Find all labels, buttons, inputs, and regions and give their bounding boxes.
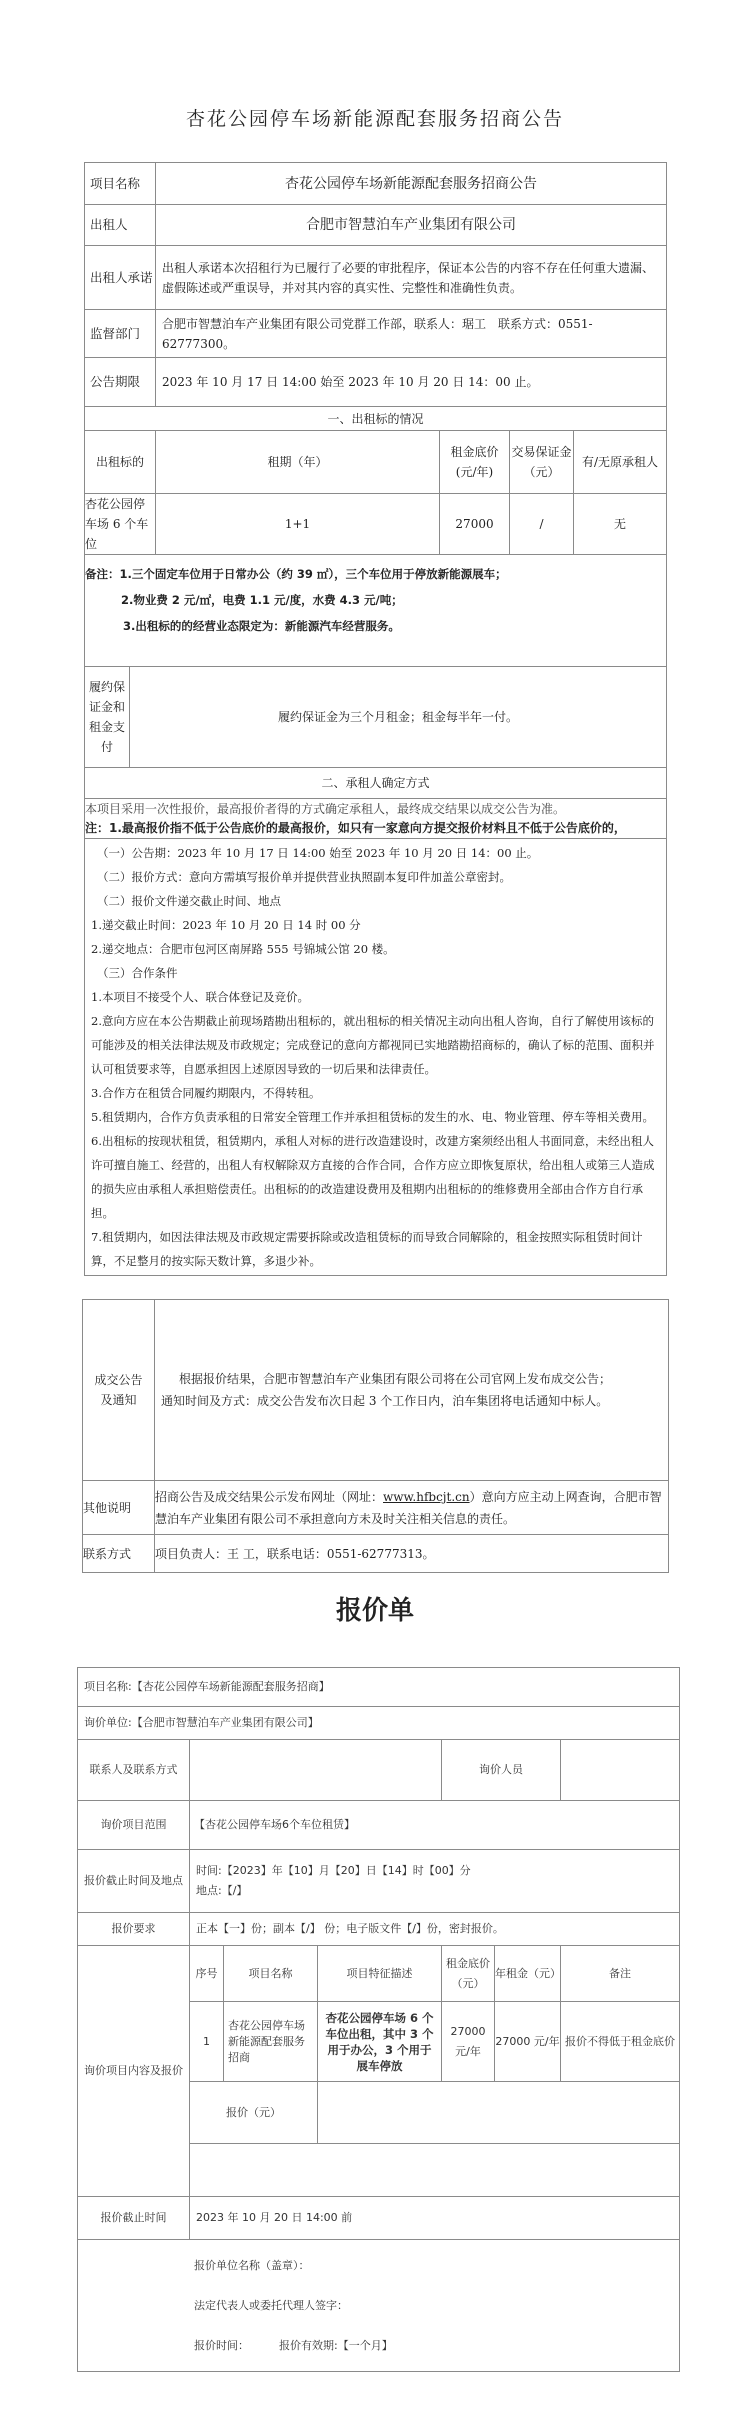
- content-label: 询价项目内容及报价: [78, 1946, 190, 2197]
- result-label: 成交公告及通知: [83, 1300, 155, 1481]
- remark-3: 3.出租标的的经营业态限定为：新能源汽车经营服务。: [85, 615, 666, 637]
- header-deposit: 交易保证金（元）: [510, 431, 574, 494]
- condition-1: （一）公告期：2023 年 10 月 17 日 14:00 始至 2023 年 …: [91, 841, 660, 865]
- col-name: 项目名称: [224, 1946, 318, 2002]
- price-label: 报价（元）: [190, 2082, 318, 2144]
- result-line2: 通知时间及方式：成交公告发布次日起 3 个工作日内，泊车集团将电话通知中标人。: [161, 1390, 662, 1412]
- website-link[interactable]: www.hfbcjt.cn: [383, 1490, 470, 1504]
- promise-line1: 出租人承诺本次招租行为已履行了必要的审批程序，保证本公告的内容不存在任何重大遗漏…: [162, 258, 660, 278]
- subject-value: 杏花公园停车场 6 个车位: [85, 494, 156, 555]
- former-tenant-value: 无: [574, 494, 667, 555]
- quote-project: 项目名称:【杏花公园停车场新能源配套服务招商】: [78, 1668, 680, 1707]
- promise-line2: 虚假陈述或严重误导，并对其内容的真实性、完整性和准确性负责。: [162, 278, 660, 298]
- col-desc: 项目特征描述: [318, 1946, 442, 2002]
- other-prefix: 招商公告及成交结果公示发布网址（网址：: [155, 1490, 383, 1504]
- sign-validity: 报价有效期:【一个月】: [279, 2339, 393, 2352]
- header-base-price: 租金底价 (元/年): [440, 431, 510, 494]
- remark-2: 2.物业费 2 元/㎡，电费 1.1 元/度，水费 4.3 元/吨；: [85, 589, 666, 611]
- condition-8: 2.意向方应在本公告期截止前现场踏勘出租标的，就出租标的相关情况主动向出租人咨询…: [91, 1009, 660, 1081]
- sign-time: 报价时间：: [194, 2339, 249, 2352]
- period-label: 公告期限: [85, 358, 156, 407]
- document-title: 杏花公园停车场新能源配套服务招商公告: [0, 104, 750, 131]
- condition-10: 5.租赁期内，合作方负责承租的日常安全管理工作并承担租赁标的发生的水、电、物业管…: [91, 1105, 660, 1129]
- contact-info-label: 联系人及联系方式: [78, 1740, 190, 1801]
- requirement-label: 报价要求: [78, 1913, 190, 1946]
- condition-11: 6.出租标的按现状租赁，租赁期内，承租人对标的进行改造建设时，改建方案须经出租人…: [91, 1129, 660, 1225]
- condition-5: 2.递交地点：合肥市包河区南屏路 555 号锦城公馆 20 楼。: [91, 937, 660, 961]
- deposit-label: 履约保证金和租金支付: [85, 667, 130, 768]
- header-term: 租期（年）: [156, 431, 440, 494]
- item-base-price: 27000 元/年: [442, 2002, 495, 2082]
- header-former-tenant: 有/无原承租人: [574, 431, 667, 494]
- lessor-label: 出租人: [85, 205, 156, 246]
- contact-label: 联系方式: [83, 1535, 155, 1573]
- col-base-price: 租金底价（元）: [442, 1946, 495, 2002]
- promise-label: 出租人承诺: [85, 246, 156, 310]
- deadline: 2023 年 10 月 20 日 14:00 前: [190, 2197, 680, 2240]
- condition-4: 1.递交截止时间：2023 年 10 月 20 日 14 时 00 分: [91, 913, 660, 937]
- scope-label: 询价项目范围: [78, 1801, 190, 1850]
- item-remark: 报价不得低于租金底价: [561, 2002, 680, 2082]
- sign-company: 报价单位名称（盖章）：: [194, 2246, 679, 2286]
- contact-info-field[interactable]: [190, 1740, 442, 1801]
- condition-9: 3.合作方在租赁合同履约期限内，不得转租。: [91, 1081, 660, 1105]
- content-blank: [190, 2144, 680, 2197]
- item-annual-rent: 27000 元/年: [495, 2002, 561, 2082]
- other-label: 其他说明: [83, 1481, 155, 1535]
- scope: 【杏花公园停车场6个车位租赁】: [190, 1801, 680, 1850]
- project-name: 杏花公园停车场新能源配套服务招商公告: [156, 163, 667, 205]
- result-line1: 根据报价结果，合肥市智慧泊车产业集团有限公司将在公司官网上发布成交公告；: [161, 1368, 662, 1390]
- supervision-label: 监督部门: [85, 310, 156, 358]
- project-name-label: 项目名称: [85, 163, 156, 205]
- remark-1: 备注：1.三个固定车位用于日常办公（约 39 ㎡），三个车位用于停放新能源展车；: [85, 563, 666, 585]
- inquiry-person-field[interactable]: [561, 1740, 680, 1801]
- condition-2: （二）报价方式：意向方需填写报价单并提供营业执照副本复印件加盖公章密封。: [91, 865, 660, 889]
- condition-6: （三）合作条件: [91, 961, 660, 985]
- condition-3: （二）报价文件递交截止时间、地点: [91, 889, 660, 913]
- condition-7: 1.本项目不接受个人、联合体登记及竞价。: [91, 985, 660, 1009]
- base-price-value: 27000: [440, 494, 510, 555]
- period: 2023 年 10 月 17 日 14:00 始至 2023 年 10 月 20…: [156, 358, 667, 407]
- col-remark: 备注: [561, 1946, 680, 2002]
- method: 本项目采用一次性报价，最高报价者得的方式确定承租人，最终成交结果以成交公告为准。: [85, 800, 666, 819]
- item-no: 1: [190, 2002, 224, 2082]
- requirement: 正本【一】份；副本【/】 份；电子版文件【/】份，密封报价。: [190, 1913, 680, 1946]
- condition-12: 7.租赁期内，如因法律法规及市政规定需要拆除或改造租赁标的而导致合同解除的，租金…: [91, 1225, 660, 1273]
- deposit-value: /: [510, 494, 574, 555]
- method-note: 注：1.最高报价指不低于公告底价的最高报价，如只有一家意向方提交报价材料且不低于…: [85, 819, 666, 838]
- quote-title: 报价单: [0, 1590, 750, 1627]
- inquiry-person-label: 询价人员: [442, 1740, 561, 1801]
- header-subject: 出租标的: [85, 431, 156, 494]
- item-name: 杏花公园停车场新能源配套服务招商: [224, 2002, 318, 2082]
- result-table: 成交公告及通知 根据报价结果，合肥市智慧泊车产业集团有限公司将在公司官网上发布成…: [82, 1299, 669, 1573]
- supervision: 合肥市智慧泊车产业集团有限公司党群工作部，联系人：琚工 联系方式：0551-62…: [156, 310, 667, 358]
- deposit-text: 履约保证金为三个月租金；租金每半年一付。: [130, 667, 667, 768]
- lessor: 合肥市智慧泊车产业集团有限公司: [156, 205, 667, 246]
- notice-table: 项目名称 杏花公园停车场新能源配套服务招商公告 出租人 合肥市智慧泊车产业集团有…: [84, 162, 667, 1276]
- item-desc: 杏花公园停车场 6 个车位出租，其中 3 个用于办公，3 个用于展车停放: [318, 2002, 442, 2082]
- quote-table: 项目名称:【杏花公园停车场新能源配套服务招商】 询价单位:【合肥市智慧泊车产业集…: [77, 1667, 680, 2372]
- quote-inquirer: 询价单位:【合肥市智慧泊车产业集团有限公司】: [78, 1707, 680, 1740]
- section1-title: 一、出租标的情况: [85, 407, 667, 431]
- deadline-label: 报价截止时间: [78, 2197, 190, 2240]
- contact: 项目负责人：王 工，联系电话：0551-62777313。: [155, 1535, 669, 1573]
- deadline-time: 时间:【2023】年【10】月【20】日【14】时【00】分: [196, 1861, 679, 1881]
- section2-title: 二、承租人确定方式: [85, 768, 667, 799]
- price-field[interactable]: [318, 2082, 680, 2144]
- sign-representative: 法定代表人或委托代理人签字：: [194, 2286, 679, 2326]
- term-value: 1+1: [156, 494, 440, 555]
- deadline-place-label: 报价截止时间及地点: [78, 1850, 190, 1913]
- col-annual-rent: 年租金（元）: [495, 1946, 561, 2002]
- deadline-place: 地点:【/】: [196, 1881, 679, 1901]
- col-no: 序号: [190, 1946, 224, 2002]
